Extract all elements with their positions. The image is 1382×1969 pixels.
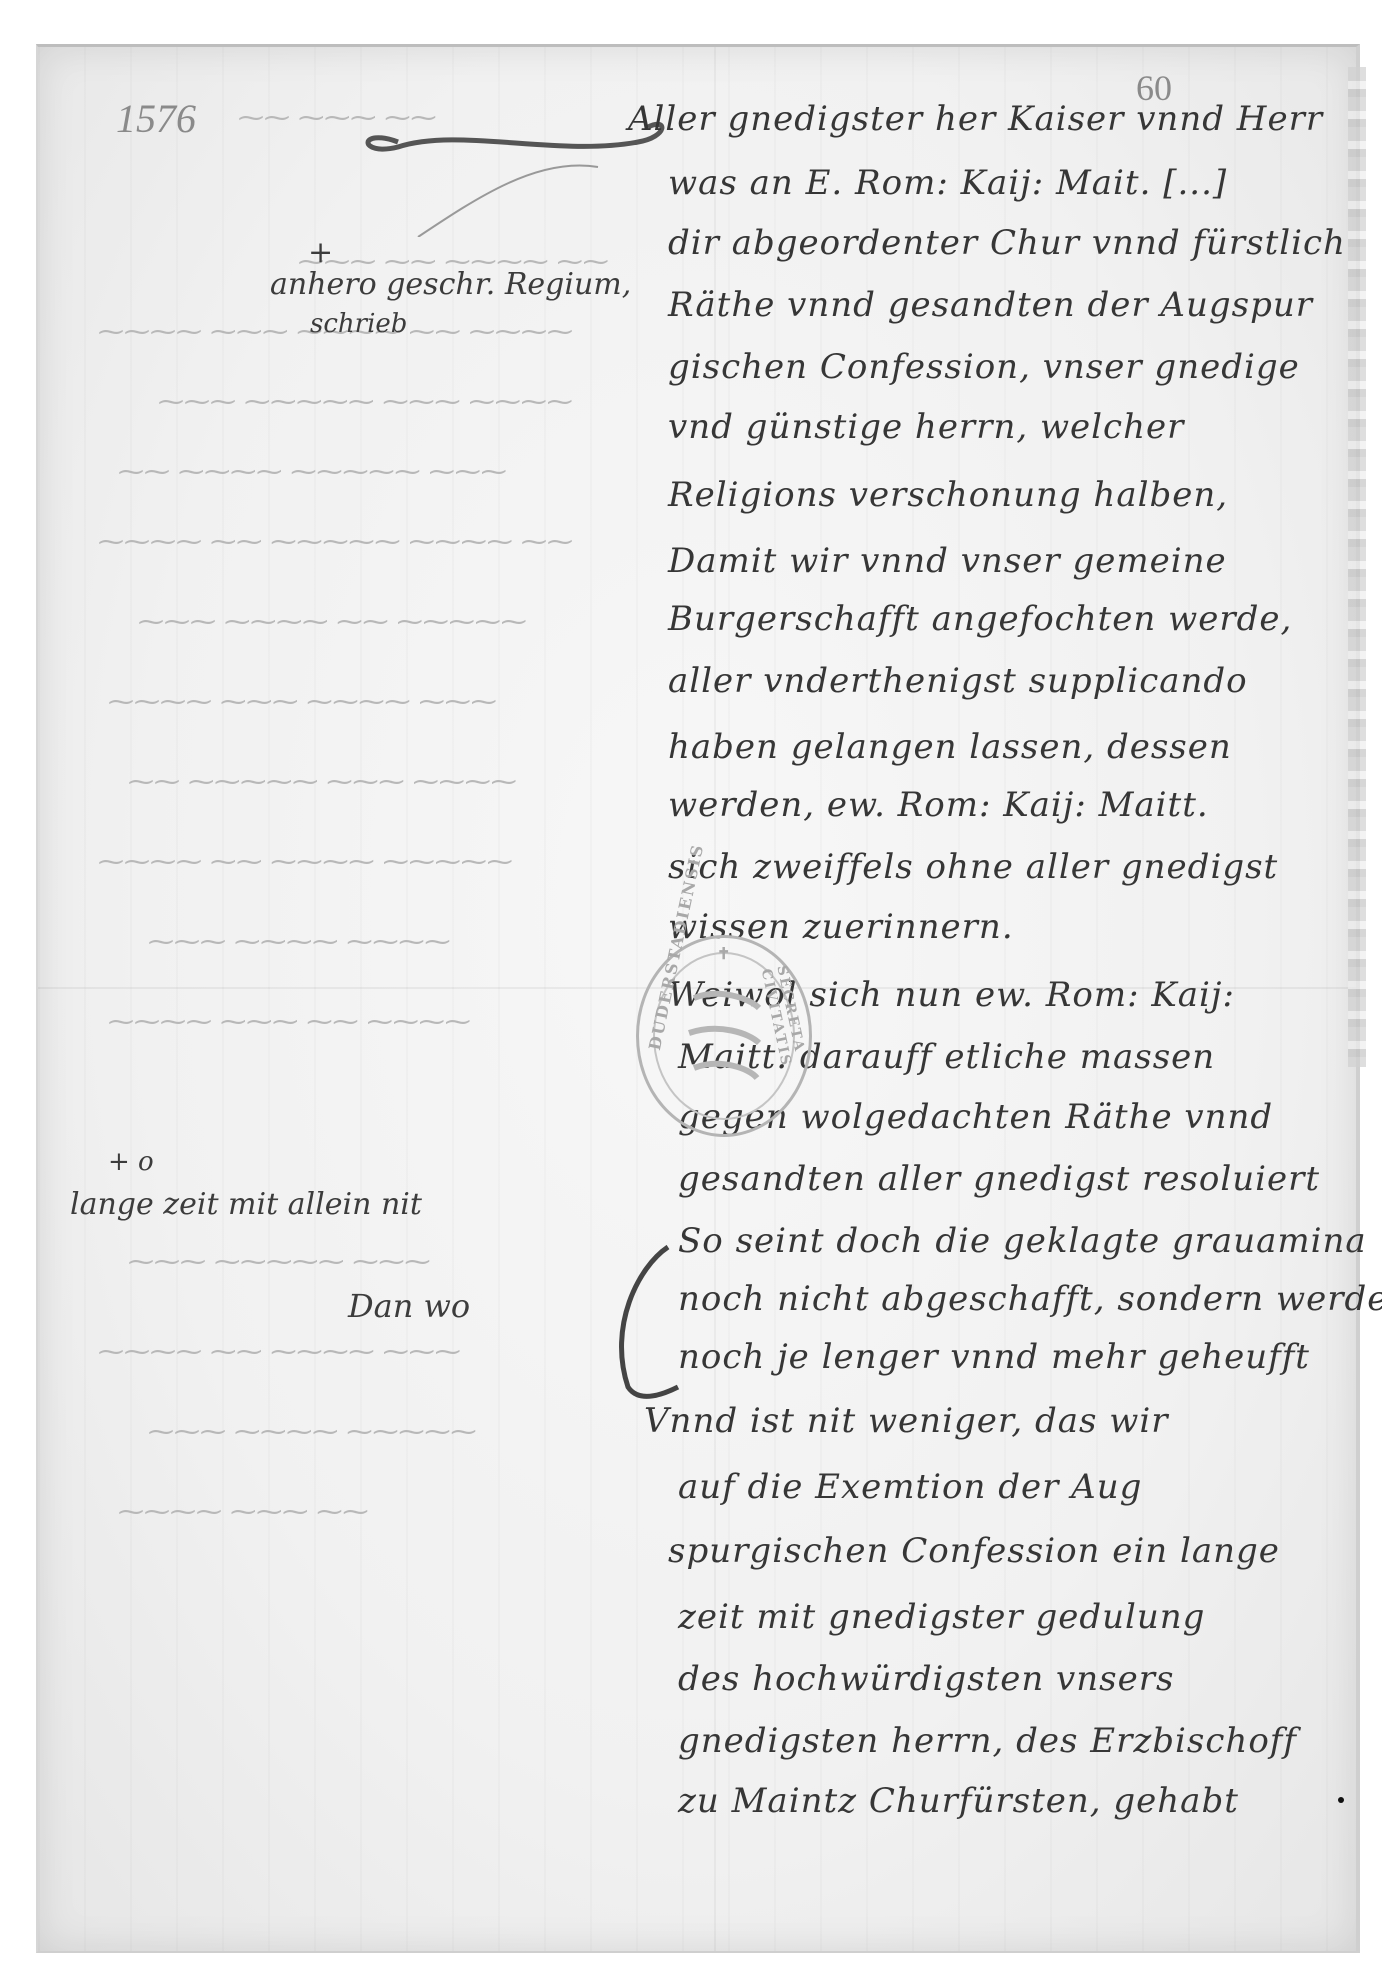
torn-right-edge xyxy=(1348,67,1366,1067)
text-line: noch je lenger vnnd mehr geheufft xyxy=(678,1337,1310,1377)
text-line: Aller gnedigster her Kaiser vnnd Herr xyxy=(628,99,1323,139)
margin-cross-mark: + o xyxy=(108,1147,154,1177)
initial-flourish-icon xyxy=(598,1237,688,1407)
text-line: Burgerschafft angefochten werde, xyxy=(668,599,1292,639)
margin-note: Dan wo xyxy=(348,1287,470,1325)
text-line: zeit mit gnedigster gedulung xyxy=(678,1597,1205,1637)
text-line: haben gelangen lassen, dessen xyxy=(668,727,1232,767)
text-line: des hochwürdigsten vnsers xyxy=(678,1659,1174,1699)
seal-cross-icon: ✝ xyxy=(717,944,732,963)
city-seal-stamp: DUDERSTADIENSIS ✝ SECRETA CIVITATIS xyxy=(636,935,812,1137)
text-line: Räthe vnnd gesandten der Augspur xyxy=(668,285,1313,325)
text-line: vnd günstige herrn, welcher xyxy=(668,407,1184,447)
text-line: aller vnderthenigst supplicando xyxy=(668,661,1248,701)
year-annotation: 1576 xyxy=(116,95,196,142)
text-line: sich zweiffels ohne aller gnedigst xyxy=(668,847,1278,887)
text-line: dir abgeordenter Chur vnnd fürstlich xyxy=(668,223,1346,263)
text-line: gnedigsten herrn, des Erzbischoff xyxy=(678,1721,1297,1761)
text-line: was an E. Rom: Kaij: Mait. [...] xyxy=(668,163,1227,203)
manuscript-page: ⁓⁓ ⁓⁓⁓ ⁓⁓ ⁓⁓⁓ ⁓⁓ ⁓⁓⁓⁓ ⁓⁓ ⁓⁓⁓⁓ ⁓⁓⁓ ⁓⁓⁓⁓ ⁓… xyxy=(36,44,1360,1953)
margin-cross-mark: + xyxy=(308,235,333,270)
text-line: werden, ew. Rom: Kaij: Maitt. xyxy=(668,785,1209,825)
text-line: zu Maintz Churfürsten, gehabt xyxy=(678,1781,1239,1821)
text-line: noch nicht abgeschafft, sondern werden xyxy=(678,1279,1382,1319)
text-line: spurgischen Confession ein lange xyxy=(668,1531,1280,1571)
margin-note: schrieb xyxy=(310,309,407,339)
margin-note: anhero geschr. Regium, xyxy=(270,267,631,302)
margin-note: lange zeit mit allein nit xyxy=(70,1187,422,1222)
text-line: Vnnd ist nit weniger, das wir xyxy=(644,1401,1169,1441)
text-line: So seint doch die geklagte grauamina xyxy=(678,1221,1367,1261)
text-line: auf die Exemtion der Aug xyxy=(678,1467,1142,1507)
text-line: Religions verschonung halben, xyxy=(668,475,1228,515)
text-line: gesandten aller gnedigst resoluiert xyxy=(678,1159,1320,1199)
text-line: Damit wir vnnd vnser gemeine xyxy=(668,541,1227,581)
ink-dot xyxy=(1338,1797,1344,1803)
text-line: gischen Confession, vnser gnedige xyxy=(668,347,1300,387)
